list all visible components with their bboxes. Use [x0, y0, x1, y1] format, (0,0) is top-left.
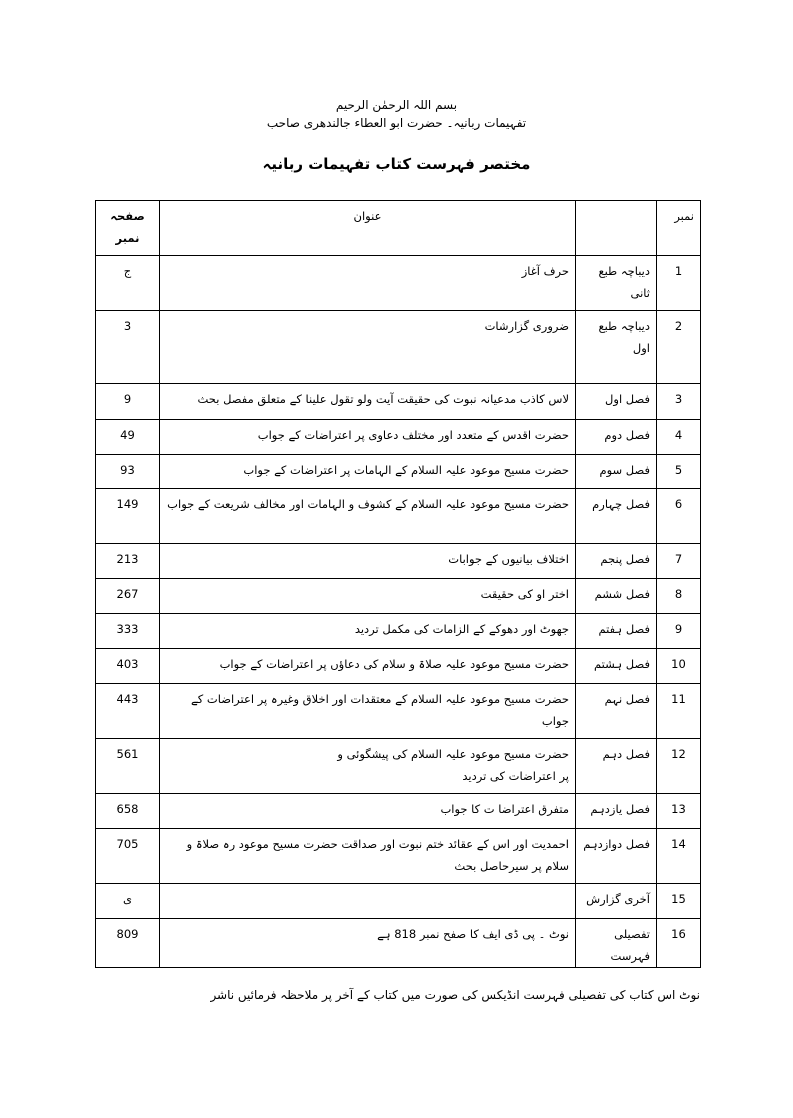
row-section: فصل چہارم [576, 489, 657, 544]
row-page-number: ج [96, 256, 160, 311]
row-section: فصل ہشتم [576, 649, 657, 684]
row-number: 3 [657, 384, 701, 420]
row-section: دیباچہ طبع ثانی [576, 256, 657, 311]
table-row: 1دیباچہ طبع ثانیحرف آغازج [96, 256, 701, 311]
table-row: 11فصل نہمحضرت مسیح موعود علیہ السلام کے … [96, 684, 701, 739]
table-row: 13فصل یازدہممتفرق اعتراضا ت کا جواب658 [96, 794, 701, 829]
row-page-number: 93 [96, 455, 160, 489]
row-page-number: 658 [96, 794, 160, 829]
row-section: فصل ششم [576, 579, 657, 614]
row-title: حضرت اقدس کے متعدد اور مختلف دعاوی پر اع… [160, 420, 576, 455]
row-number: 6 [657, 489, 701, 544]
row-title: نوٹ ۔ پی ڈی ایف کا صفح نمبر 818 ہے [160, 919, 576, 968]
row-page-number: 149 [96, 489, 160, 544]
page-title: مختصر فہرست کتاب تفہیمات ربانیہ [0, 155, 793, 173]
row-number: 10 [657, 649, 701, 684]
table-row: 16تفصیلی فہرستنوٹ ۔ پی ڈی ایف کا صفح نمب… [96, 919, 701, 968]
row-section: فصل دوازدہم [576, 829, 657, 884]
row-title: حضرت مسیح موعود علیہ السلام کے معتقدات ا… [160, 684, 576, 739]
table-row: 2دیباچہ طبع اولضروری گزارشات3 [96, 311, 701, 384]
column-header-page: صفحہ نمبر [96, 201, 160, 256]
column-header-number: نمبر [657, 201, 701, 256]
row-section: آخری گزارش [576, 884, 657, 919]
row-section: فصل پنجم [576, 544, 657, 579]
row-page-number: 561 [96, 739, 160, 794]
table-row: 14فصل دوازدہماحمدیت اور اس کے عقائد ختم … [96, 829, 701, 884]
row-page-number: 443 [96, 684, 160, 739]
row-number: 11 [657, 684, 701, 739]
column-header-title: عنوان [160, 201, 576, 256]
row-page-number: ی [96, 884, 160, 919]
row-number: 8 [657, 579, 701, 614]
row-title: حضرت مسیح موعود علیہ السلام کے الہامات پ… [160, 455, 576, 489]
contents-table: نمبر عنوان صفحہ نمبر 1دیباچہ طبع ثانیحرف… [95, 200, 701, 968]
row-page-number: 213 [96, 544, 160, 579]
row-page-number: 267 [96, 579, 160, 614]
row-title [160, 884, 576, 919]
page-header: بسم اللہ الرحمٰن الرحیم تفہیمات ربانیہ۔ … [0, 96, 793, 132]
row-title: لاس کاذب مدعیانہ نبوت کی حقیقت آیت ولو ت… [160, 384, 576, 420]
row-title: حضرت مسیح موعود علیہ صلاۃ و سلام کی دعاؤ… [160, 649, 576, 684]
table-row: 10فصل ہشتمحضرت مسیح موعود علیہ صلاۃ و سل… [96, 649, 701, 684]
row-title: احمدیت اور اس کے عقائد ختم نبوت اور صداق… [160, 829, 576, 884]
row-section: دیباچہ طبع اول [576, 311, 657, 384]
row-number: 15 [657, 884, 701, 919]
row-title: جھوٹ اور دھوکے کے الزامات کی مکمل تردید [160, 614, 576, 649]
row-number: 13 [657, 794, 701, 829]
row-number: 16 [657, 919, 701, 968]
table-row: 8فصل ششماختر او کی حقیقت267 [96, 579, 701, 614]
row-number: 14 [657, 829, 701, 884]
row-page-number: 403 [96, 649, 160, 684]
row-number: 9 [657, 614, 701, 649]
row-number: 7 [657, 544, 701, 579]
row-page-number: 3 [96, 311, 160, 384]
row-number: 2 [657, 311, 701, 384]
row-title: اختر او کی حقیقت [160, 579, 576, 614]
row-number: 12 [657, 739, 701, 794]
publisher-note: نوٹ اس کتاب کی تفصیلی فہرست انڈیکس کی صو… [200, 988, 700, 1002]
table-row: 5فصل سومحضرت مسیح موعود علیہ السلام کے ا… [96, 455, 701, 489]
row-number: 4 [657, 420, 701, 455]
table-header-row: نمبر عنوان صفحہ نمبر [96, 201, 701, 256]
row-section: فصل اول [576, 384, 657, 420]
row-page-number: 809 [96, 919, 160, 968]
row-page-number: 333 [96, 614, 160, 649]
table-row: 6فصل چہارمحضرت مسیح موعود علیہ السلام کے… [96, 489, 701, 544]
table-row: 7فصل پنجماختلاف بیانیوں کے جوابات213 [96, 544, 701, 579]
row-section: فصل یازدہم [576, 794, 657, 829]
row-section: فصل ہفتم [576, 614, 657, 649]
table-row: 9فصل ہفتمجھوٹ اور دھوکے کے الزامات کی مک… [96, 614, 701, 649]
row-title: حضرت مسیح موعود علیہ السلام کی پیشگوئی و… [160, 739, 576, 794]
table-row: 3فصل اوللاس کاذب مدعیانہ نبوت کی حقیقت آ… [96, 384, 701, 420]
book-subtitle: تفہیمات ربانیہ۔ حضرت ابو العطاء جالندھری… [0, 114, 793, 132]
column-header-section [576, 201, 657, 256]
row-title: متفرق اعتراضا ت کا جواب [160, 794, 576, 829]
row-title: حضرت مسیح موعود علیہ السلام کے کشوف و ال… [160, 489, 576, 544]
bismillah: بسم اللہ الرحمٰن الرحیم [0, 96, 793, 114]
row-section: تفصیلی فہرست [576, 919, 657, 968]
table-row: 12فصل دہمحضرت مسیح موعود علیہ السلام کی … [96, 739, 701, 794]
row-title: حرف آغاز [160, 256, 576, 311]
row-page-number: 49 [96, 420, 160, 455]
row-section: فصل سوم [576, 455, 657, 489]
row-number: 5 [657, 455, 701, 489]
row-number: 1 [657, 256, 701, 311]
row-section: فصل دوم [576, 420, 657, 455]
row-section: فصل نہم [576, 684, 657, 739]
row-section: فصل دہم [576, 739, 657, 794]
row-title: ضروری گزارشات [160, 311, 576, 384]
row-page-number: 9 [96, 384, 160, 420]
table-row: 4فصل دومحضرت اقدس کے متعدد اور مختلف دعا… [96, 420, 701, 455]
row-title: اختلاف بیانیوں کے جوابات [160, 544, 576, 579]
table-row: 15آخری گزارشی [96, 884, 701, 919]
row-page-number: 705 [96, 829, 160, 884]
